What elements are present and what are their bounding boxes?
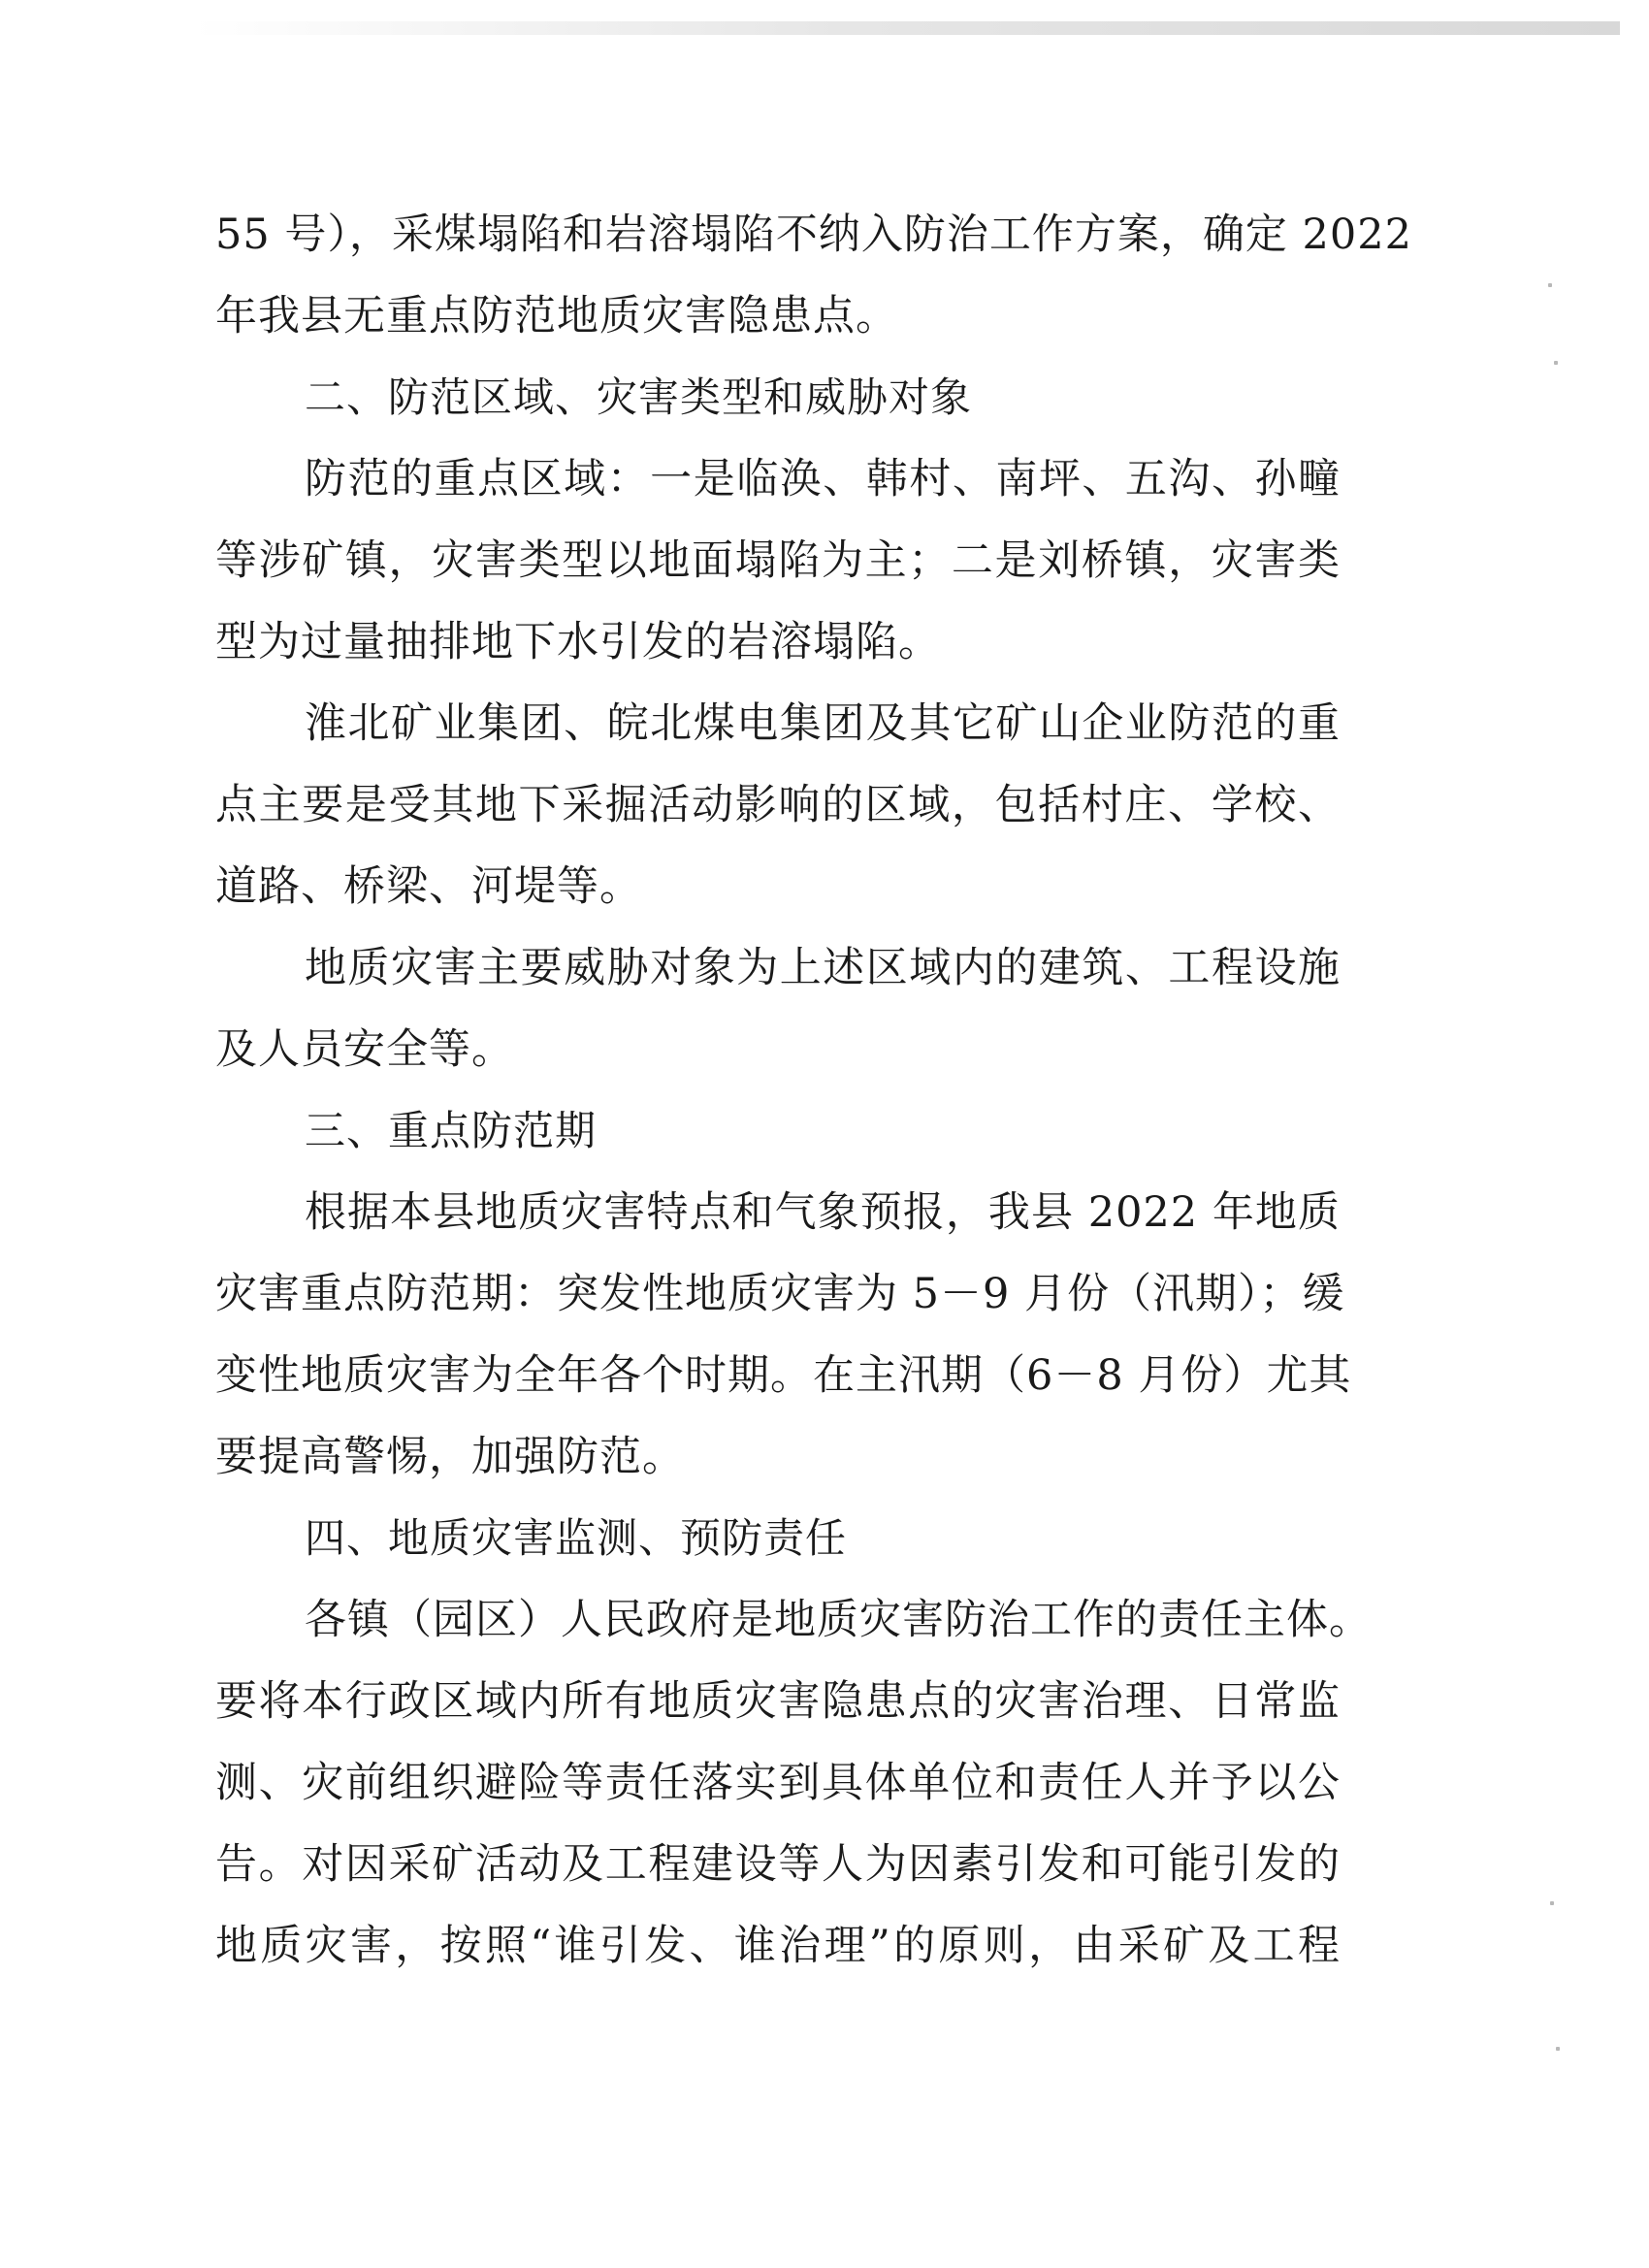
body-line: 要将本行政区域内所有地质灾害隐患点的灾害治理、日常监 [215, 1661, 1341, 1742]
scan-edge-shadow [194, 21, 1620, 35]
section-heading-3: 三、重点防范期 [215, 1090, 1341, 1172]
body-line: 灾害重点防范期：突发性地质灾害为 5－9 月份（汛期）；缓 [215, 1253, 1341, 1335]
body-line: 防范的重点区域：一是临涣、韩村、南坪、五沟、孙疃 [215, 438, 1341, 520]
scan-speck [1548, 283, 1552, 287]
body-line: 55 号），采煤塌陷和岩溶塌陷不纳入防治工作方案，确定 2022 [215, 194, 1341, 275]
section-heading-2: 二、防范区域、灾害类型和威胁对象 [215, 357, 1341, 438]
body-line: 告。对因采矿活动及工程建设等人为因素引发和可能引发的 [215, 1824, 1341, 1905]
section-heading-4: 四、地质灾害监测、预防责任 [215, 1498, 1341, 1579]
body-line: 等涉矿镇，灾害类型以地面塌陷为主；二是刘桥镇，灾害类 [215, 520, 1341, 601]
body-line: 根据本县地质灾害特点和气象预报，我县 2022 年地质 [215, 1172, 1341, 1253]
body-line: 年我县无重点防范地质灾害隐患点。 [215, 275, 1341, 357]
body-line: 各镇（园区）人民政府是地质灾害防治工作的责任主体。 [215, 1579, 1341, 1661]
body-line: 要提高警惕，加强防范。 [215, 1416, 1341, 1498]
body-line: 及人员安全等。 [215, 1009, 1341, 1090]
body-line: 地质灾害主要威胁对象为上述区域内的建筑、工程设施 [215, 927, 1341, 1009]
scan-speck [1550, 1901, 1554, 1905]
body-line: 点主要是受其地下采掘活动影响的区域，包括村庄、学校、 [215, 764, 1341, 846]
body-line: 淮北矿业集团、皖北煤电集团及其它矿山企业防范的重 [215, 683, 1341, 764]
body-line: 道路、桥梁、河堤等。 [215, 846, 1341, 927]
body-line: 地质灾害，按照“谁引发、谁治理”的原则，由采矿及工程 [215, 1905, 1341, 1987]
scan-speck [1554, 361, 1558, 365]
body-line: 型为过量抽排地下水引发的岩溶塌陷。 [215, 601, 1341, 683]
body-line: 变性地质灾害为全年各个时期。在主汛期（6－8 月份）尤其 [215, 1335, 1341, 1416]
scan-speck [1556, 2047, 1560, 2051]
body-line: 测、灾前组织避险等责任落实到具体单位和责任人并予以公 [215, 1742, 1341, 1824]
document-page: 55 号），采煤塌陷和岩溶塌陷不纳入防治工作方案，确定 2022 年我县无重点防… [215, 194, 1341, 1987]
